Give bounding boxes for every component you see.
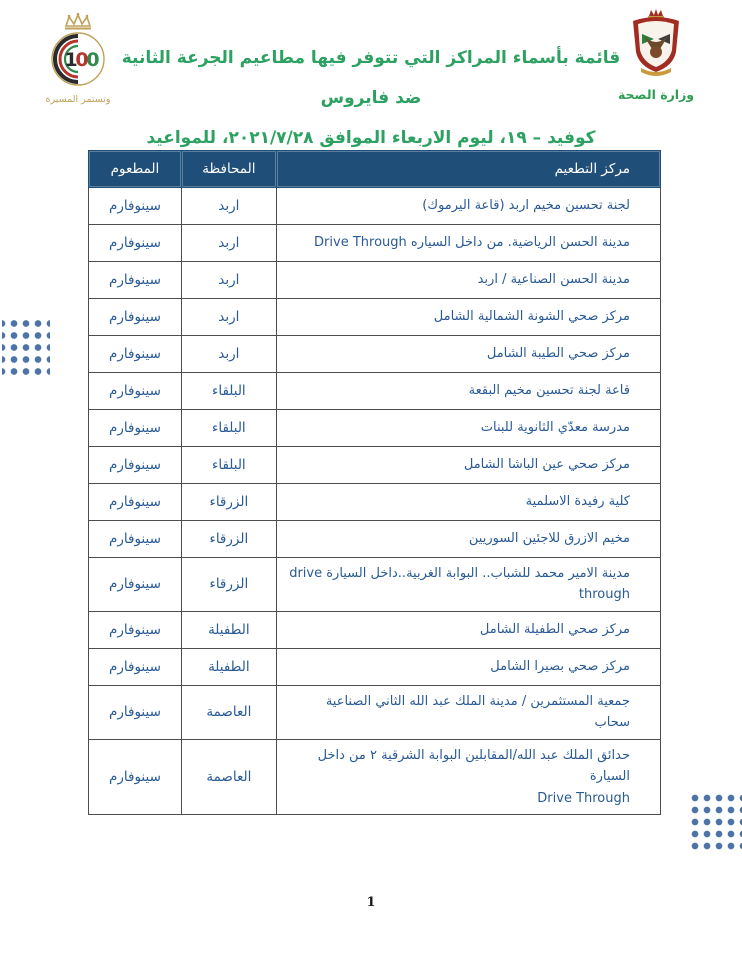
- governorate-cell: الطفيلة: [181, 611, 276, 648]
- governorate-cell: الزرقاء: [181, 558, 276, 612]
- vaccine-cell: سينوفارم: [89, 648, 182, 685]
- centennial-caption: وتستمر المسيرة: [46, 94, 111, 105]
- vaccination-center-cell: مركز صحي عين الباشا الشامل: [276, 447, 660, 484]
- vaccine-cell: سينوفارم: [89, 739, 182, 814]
- governorate-cell: البلقاء: [181, 447, 276, 484]
- ministry-of-health-logo: وزارة الصحة: [616, 8, 696, 102]
- decor-dots-left: [2, 317, 50, 378]
- governorate-cell: الزرقاء: [181, 521, 276, 558]
- column-header-vaccination-center: مركز التطعيم: [276, 151, 660, 188]
- vaccination-center-cell: مدرسة معدّي الثانوية للبنات: [276, 410, 660, 447]
- governorate-cell: اربد: [181, 188, 276, 225]
- table-row: مركز صحي عين الباشا الشامل البلقاء سينوف…: [89, 447, 661, 484]
- vaccine-cell: سينوفارم: [89, 188, 182, 225]
- column-header-vaccine: المطعوم: [89, 151, 182, 188]
- centennial-logo-icon: 1 0 0 وتستمر المسيرة: [32, 12, 124, 108]
- table-row: مدينة الحسن الصناعية / اربد اربد سينوفار…: [89, 262, 661, 299]
- vaccination-table-body: لجنة تحسين مخيم اربد (قاعة اليرموك) اربد…: [89, 188, 661, 815]
- table-row: قاعة لجنة تحسين مخيم البقعة البلقاء سينو…: [89, 373, 661, 410]
- vaccination-center-cell: قاعة لجنة تحسين مخيم البقعة: [276, 373, 660, 410]
- vaccine-cell: سينوفارم: [89, 685, 182, 739]
- vaccine-cell: سينوفارم: [89, 299, 182, 336]
- vaccine-cell: سينوفارم: [89, 484, 182, 521]
- decor-dots-right: [688, 791, 742, 853]
- governorate-cell: العاصمة: [181, 685, 276, 739]
- governorate-cell: اربد: [181, 299, 276, 336]
- table-row: حدائق الملك عبد الله/المقابلين البوابة ا…: [89, 739, 661, 814]
- table-row: مدينة الحسن الرياضية. من داخل السياره Dr…: [89, 225, 661, 262]
- vaccination-center-cell: جمعية المستثمرين / مدينة الملك عبد الله …: [276, 685, 660, 739]
- table-row: مركز صحي الطفيلة الشامل الطفيلة سينوفارم: [89, 611, 661, 648]
- table-row: مركز صحي بصيرا الشامل الطفيلة سينوفارم: [89, 648, 661, 685]
- vaccination-center-cell: مدينة الحسن الرياضية. من داخل السياره Dr…: [276, 225, 660, 262]
- table-row: جمعية المستثمرين / مدينة الملك عبد الله …: [89, 685, 661, 739]
- governorate-cell: العاصمة: [181, 739, 276, 814]
- vaccine-cell: سينوفارم: [89, 373, 182, 410]
- governorate-cell: اربد: [181, 262, 276, 299]
- svg-text:0: 0: [86, 49, 99, 71]
- table-row: مدينة الامير محمد للشباب.. البوابة الغرب…: [89, 558, 661, 612]
- vaccination-center-cell: حدائق الملك عبد الله/المقابلين البوابة ا…: [276, 739, 660, 814]
- page-title-line1: قائمة بأسماء المراكز التي تتوفر فيها مطا…: [121, 38, 621, 118]
- jordan-coat-of-arms-icon: [627, 8, 685, 82]
- vaccination-center-cell: مدينة الحسن الصناعية / اربد: [276, 262, 660, 299]
- vaccine-cell: سينوفارم: [89, 225, 182, 262]
- governorate-cell: البلقاء: [181, 373, 276, 410]
- column-header-governorate: المحافظة: [181, 151, 276, 188]
- vaccine-cell: سينوفارم: [89, 336, 182, 373]
- governorate-cell: البلقاء: [181, 410, 276, 447]
- table-row: مخيم الازرق للاجئين السوريين الزرقاء سين…: [89, 521, 661, 558]
- table-row: مركز صحي الشونة الشمالية الشامل اربد سين…: [89, 299, 661, 336]
- vaccination-center-cell: مدينة الامير محمد للشباب.. البوابة الغرب…: [276, 558, 660, 612]
- vaccine-cell: سينوفارم: [89, 611, 182, 648]
- table-row: مدرسة معدّي الثانوية للبنات البلقاء سينو…: [89, 410, 661, 447]
- vaccination-center-cell: كلية رفيدة الاسلمية: [276, 484, 660, 521]
- vaccine-cell: سينوفارم: [89, 447, 182, 484]
- vaccine-cell: سينوفارم: [89, 558, 182, 612]
- table-header: مركز التطعيم المحافظة المطعوم: [89, 151, 661, 188]
- governorate-cell: الزرقاء: [181, 484, 276, 521]
- ministry-name: وزارة الصحة: [616, 87, 696, 102]
- table-row: كلية رفيدة الاسلمية الزرقاء سينوفارم: [89, 484, 661, 521]
- governorate-cell: اربد: [181, 336, 276, 373]
- vaccine-cell: سينوفارم: [89, 262, 182, 299]
- vaccination-center-cell: مركز صحي بصيرا الشامل: [276, 648, 660, 685]
- jordan-centennial-logo: 1 0 0 وتستمر المسيرة: [28, 12, 128, 112]
- vaccination-center-cell: مركز صحي الطيبة الشامل: [276, 336, 660, 373]
- vaccination-center-cell: مركز صحي الطفيلة الشامل: [276, 611, 660, 648]
- vaccination-center-cell: مركز صحي الشونة الشمالية الشامل: [276, 299, 660, 336]
- vaccination-center-cell: مخيم الازرق للاجئين السوريين: [276, 521, 660, 558]
- vaccine-cell: سينوفارم: [89, 410, 182, 447]
- governorate-cell: اربد: [181, 225, 276, 262]
- vaccination-center-cell: لجنة تحسين مخيم اربد (قاعة اليرموك): [276, 188, 660, 225]
- page-number: 1: [0, 895, 742, 910]
- vaccination-centers-table: مركز التطعيم المحافظة المطعوم لجنة تحسين…: [88, 150, 661, 815]
- governorate-cell: الطفيلة: [181, 648, 276, 685]
- table-row: لجنة تحسين مخيم اربد (قاعة اليرموك) اربد…: [89, 188, 661, 225]
- vaccine-cell: سينوفارم: [89, 521, 182, 558]
- table-row: مركز صحي الطيبة الشامل اربد سينوفارم: [89, 336, 661, 373]
